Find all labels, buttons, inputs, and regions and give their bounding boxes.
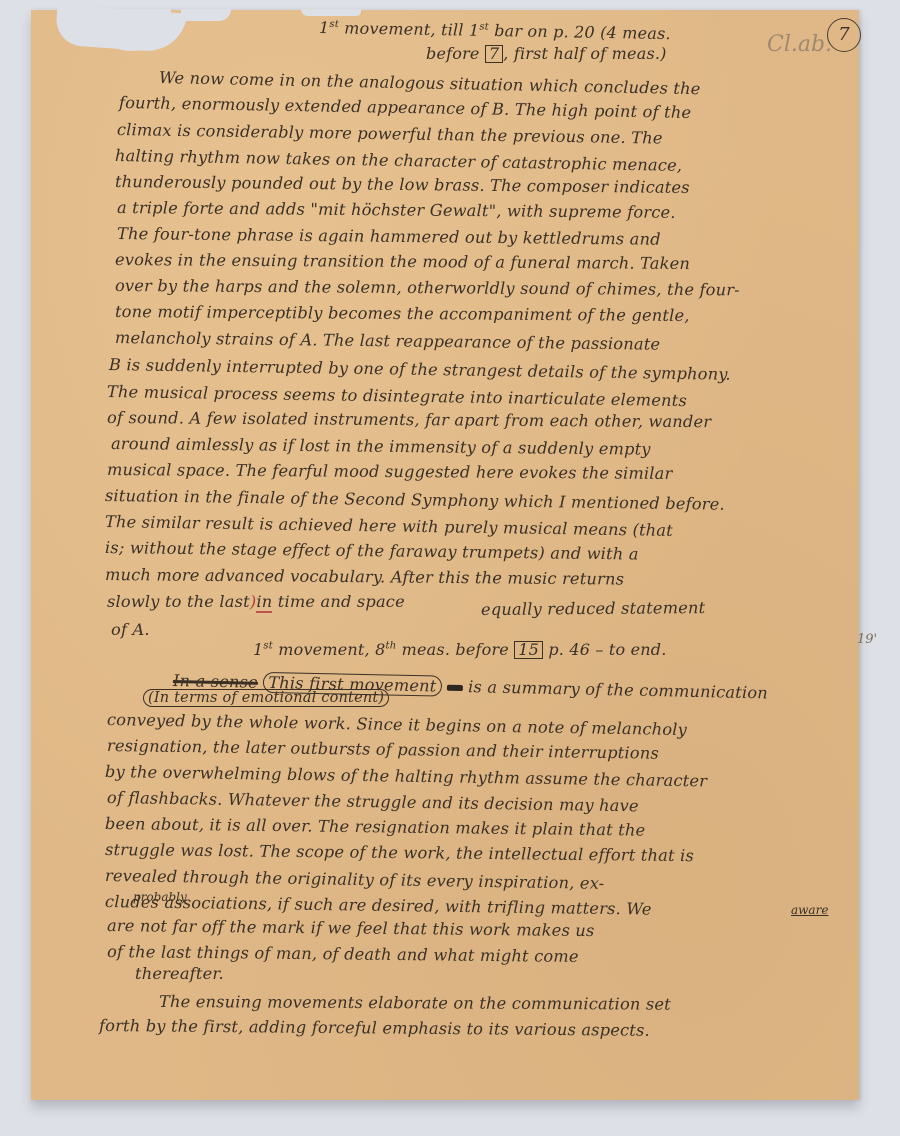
text-line: is; without the stage effect of the fara… — [105, 538, 639, 564]
pencil-annotation: Cl.ab. — [767, 32, 832, 57]
text-line: of flashbacks. Whatever the struggle and… — [107, 788, 639, 815]
inserted-phrase: (In terms of emotional content) — [143, 690, 389, 706]
red-correction: in — [256, 592, 272, 613]
text-line: been about, it is all over. The resignat… — [105, 814, 646, 840]
text-line: of A. — [111, 620, 150, 639]
text-line: struggle was lost. The scope of the work… — [105, 840, 694, 865]
heading-movement-1-end: 1st movement, 8th meas. before 15 p. 46 … — [253, 640, 667, 659]
torn-edge — [181, 9, 231, 21]
text-line: equally reduced statement — [481, 598, 706, 619]
text-line: halting rhythm now takes on the characte… — [115, 146, 683, 175]
text-line: around aimlessly as if lost in the immen… — [111, 434, 651, 459]
text-line: evokes in the ensuing transition the moo… — [115, 250, 690, 273]
text-line: revealed through the originality of its … — [105, 866, 605, 893]
text-line: by the overwhelming blows of the halting… — [105, 762, 707, 790]
text-line: resignation, the later outbursts of pass… — [107, 736, 659, 763]
margin-page-ref: 19' — [857, 632, 877, 647]
manuscript-page: 7 Cl.ab. 1st movement, till 1st bar on p… — [31, 10, 859, 1100]
text-line: a triple forte and adds "mit höchster Ge… — [117, 198, 676, 222]
text-line: forth by the first, adding forceful emph… — [99, 1016, 650, 1040]
text-line: melancholy strains of A. The last reappe… — [115, 328, 661, 354]
text-line: tone motif imperceptibly becomes the acc… — [115, 302, 690, 325]
text-line: fourth, enormously extended appearance o… — [119, 93, 692, 122]
text-line: situation in the finale of the Second Sy… — [105, 486, 725, 514]
text-line: are not far off the mark if we feel that… — [107, 916, 595, 940]
inserted-word: aware — [791, 903, 828, 917]
text-line: B is suddenly interrupted by one of the … — [109, 355, 731, 384]
text-line: slowly to the last)in time and space — [107, 592, 405, 611]
heading-movement-1-cont: before 7, first half of meas.) — [426, 44, 667, 63]
text-line: musical space. The fearful mood suggeste… — [107, 460, 673, 483]
page-number-circled: 7 — [827, 18, 861, 52]
rehearsal-mark-box: 7 — [485, 45, 503, 63]
text-line: conveyed by the whole work. Since it beg… — [107, 710, 687, 739]
text-line: over by the harps and the solemn, otherw… — [115, 276, 740, 299]
inserted-word: probably — [133, 890, 187, 904]
ink-blot — [447, 684, 463, 690]
text-line: The four-tone phrase is again hammered o… — [117, 224, 661, 249]
text-line: We now come in on the analogous situatio… — [159, 68, 701, 98]
text-line: thunderously pounded out by the low bras… — [115, 172, 690, 197]
text-line: much more advanced vocabulary. After thi… — [105, 565, 624, 589]
rehearsal-mark-box: 15 — [514, 641, 543, 659]
text-line: of the last things of man, of death and … — [107, 942, 579, 966]
text-line: The similar result is achieved here with… — [105, 512, 673, 540]
torn-edge — [301, 9, 361, 16]
text-line: climax is considerably more powerful tha… — [117, 120, 663, 148]
heading-movement-1: 1st movement, till 1st bar on p. 20 (4 m… — [319, 18, 671, 43]
text-line: The ensuing movements elaborate on the c… — [159, 992, 671, 1014]
text-line: The musical process seems to disintegrat… — [107, 382, 687, 410]
text-line: of sound. A few isolated instruments, fa… — [107, 408, 711, 431]
text-line: thereafter. — [135, 964, 224, 983]
